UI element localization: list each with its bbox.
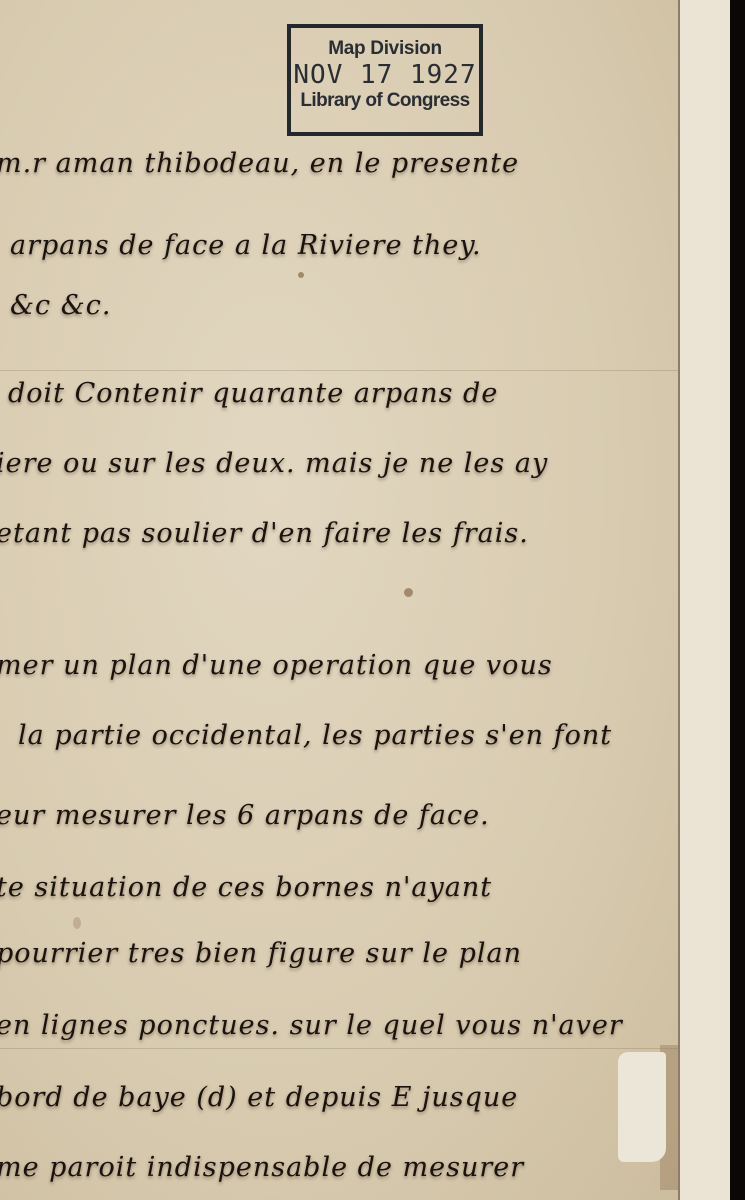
- manuscript-line: iere ou sur les deux. mais je ne les ay: [0, 448, 548, 479]
- manuscript-line: te situation de ces bornes n'ayant: [0, 872, 492, 903]
- scan-background-edge: [730, 0, 745, 1200]
- stamp-division: Map Division: [291, 38, 479, 60]
- manuscript-line: etant pas soulier d'en faire les frais.: [0, 518, 529, 549]
- manuscript-line: pourrier tres bien figure sur le plan: [0, 938, 522, 969]
- manuscript-line: me paroit indispensable de mesurer: [0, 1152, 524, 1183]
- ink-spot: [298, 272, 304, 278]
- manuscript-line: &c &c.: [10, 290, 111, 321]
- fold-line: [0, 370, 678, 371]
- manuscript-page: Map Division NOV 17 1927 Library of Cong…: [0, 0, 678, 1200]
- mounting-margin: [678, 0, 732, 1200]
- stamp-library: Library of Congress: [291, 90, 479, 112]
- paper-tear: [618, 1052, 666, 1162]
- manuscript-line: en lignes ponctues. sur le quel vous n'a…: [0, 1010, 623, 1041]
- manuscript-line: bord de baye (d) et depuis E jusque: [0, 1082, 518, 1113]
- library-stamp: Map Division NOV 17 1927 Library of Cong…: [287, 24, 483, 136]
- manuscript-line: doit Contenir quarante arpans de: [8, 378, 498, 409]
- manuscript-line: la partie occidental, les parties s'en f…: [18, 720, 612, 751]
- ink-spot: [404, 588, 413, 597]
- manuscript-line: mer un plan d'une operation que vous: [0, 650, 553, 681]
- manuscript-line: arpans de face a la Riviere they.: [10, 230, 482, 261]
- manuscript-line: m.r aman thibodeau, en le presente: [0, 148, 519, 179]
- fold-line: [0, 1048, 678, 1049]
- stamp-date: NOV 17 1927: [291, 60, 479, 90]
- ink-spot: [73, 917, 81, 929]
- manuscript-line: eur mesurer les 6 arpans de face.: [0, 800, 490, 831]
